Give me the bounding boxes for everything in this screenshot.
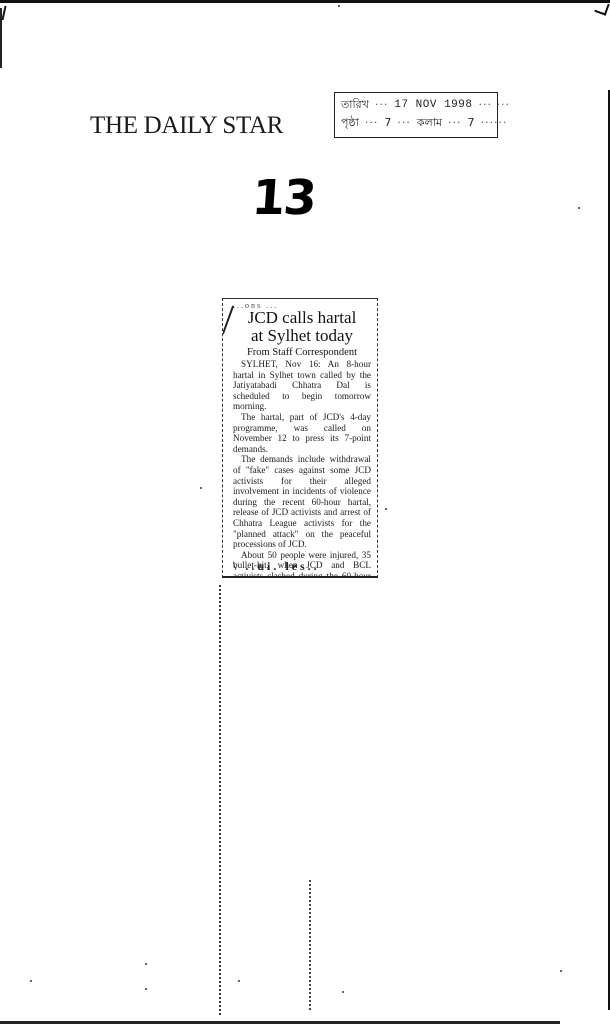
- corner-fold-left: [2, 6, 13, 20]
- scan-speck: [578, 207, 580, 209]
- headline-line-2: at Sylhet today: [233, 327, 371, 345]
- clipping-bottom-scrap: \ ..ui. les..: [233, 559, 320, 574]
- scan-speck: [30, 980, 32, 982]
- scan-edge-top: [0, 0, 610, 3]
- newspaper-masthead: THE DAILY STAR: [90, 112, 283, 140]
- scan-speck: [338, 5, 340, 7]
- stamp-date-label: তারিখ: [341, 96, 369, 114]
- dots: ······: [481, 114, 508, 132]
- handwritten-page-number: 13: [250, 170, 317, 226]
- scan-speck: [342, 991, 344, 993]
- scan-speck: [238, 980, 240, 982]
- stamp-page-value: 7: [384, 114, 391, 132]
- fold-line: [309, 880, 311, 1010]
- article-paragraph: The hartal, part of JCD's 4-day programm…: [233, 412, 371, 454]
- stamp-date-value: 17 NOV 1998: [394, 96, 472, 114]
- scan-speck: [145, 963, 147, 965]
- fold-line: [219, 585, 221, 1015]
- stamp-date-row: তারিখ ··· 17 NOV 1998 ··· ···: [341, 96, 491, 114]
- article-paragraph: The demands include withdrawal of "fake"…: [233, 454, 371, 549]
- scan-speck: [560, 970, 562, 972]
- corner-fold-right: [594, 0, 609, 15]
- article-byline: From Staff Correspondent: [233, 347, 371, 358]
- dots: ··· ···: [479, 96, 510, 114]
- scan-speck: [145, 988, 147, 990]
- article-body: SYLHET, Nov 16: An 8-hour hartal in Sylh…: [233, 359, 371, 578]
- article-paragraph: SYLHET, Nov 16: An 8-hour hartal in Sylh…: [233, 359, 371, 412]
- dots: ···: [375, 96, 389, 114]
- newspaper-clipping: ...ons ... JCD calls hartal at Sylhet to…: [222, 298, 378, 578]
- stamp-page-label: পৃষ্ঠা: [341, 114, 359, 132]
- dots: ···: [365, 114, 379, 132]
- scan-speck: [385, 508, 387, 510]
- headline-line-1: JCD calls hartal: [233, 309, 371, 327]
- dots: ···: [397, 114, 411, 132]
- stamp-page-row: পৃষ্ঠা ··· 7 ··· কলাম ··· 7 ······: [341, 114, 491, 132]
- scan-speck: [200, 487, 202, 489]
- stamp-column-value: 7: [468, 114, 475, 132]
- dots: ···: [448, 114, 462, 132]
- archive-stamp: তারিখ ··· 17 NOV 1998 ··· ··· পৃষ্ঠা ···…: [334, 92, 498, 138]
- article-headline: JCD calls hartal at Sylhet today: [233, 309, 371, 345]
- stamp-column-label: কলাম: [417, 114, 442, 132]
